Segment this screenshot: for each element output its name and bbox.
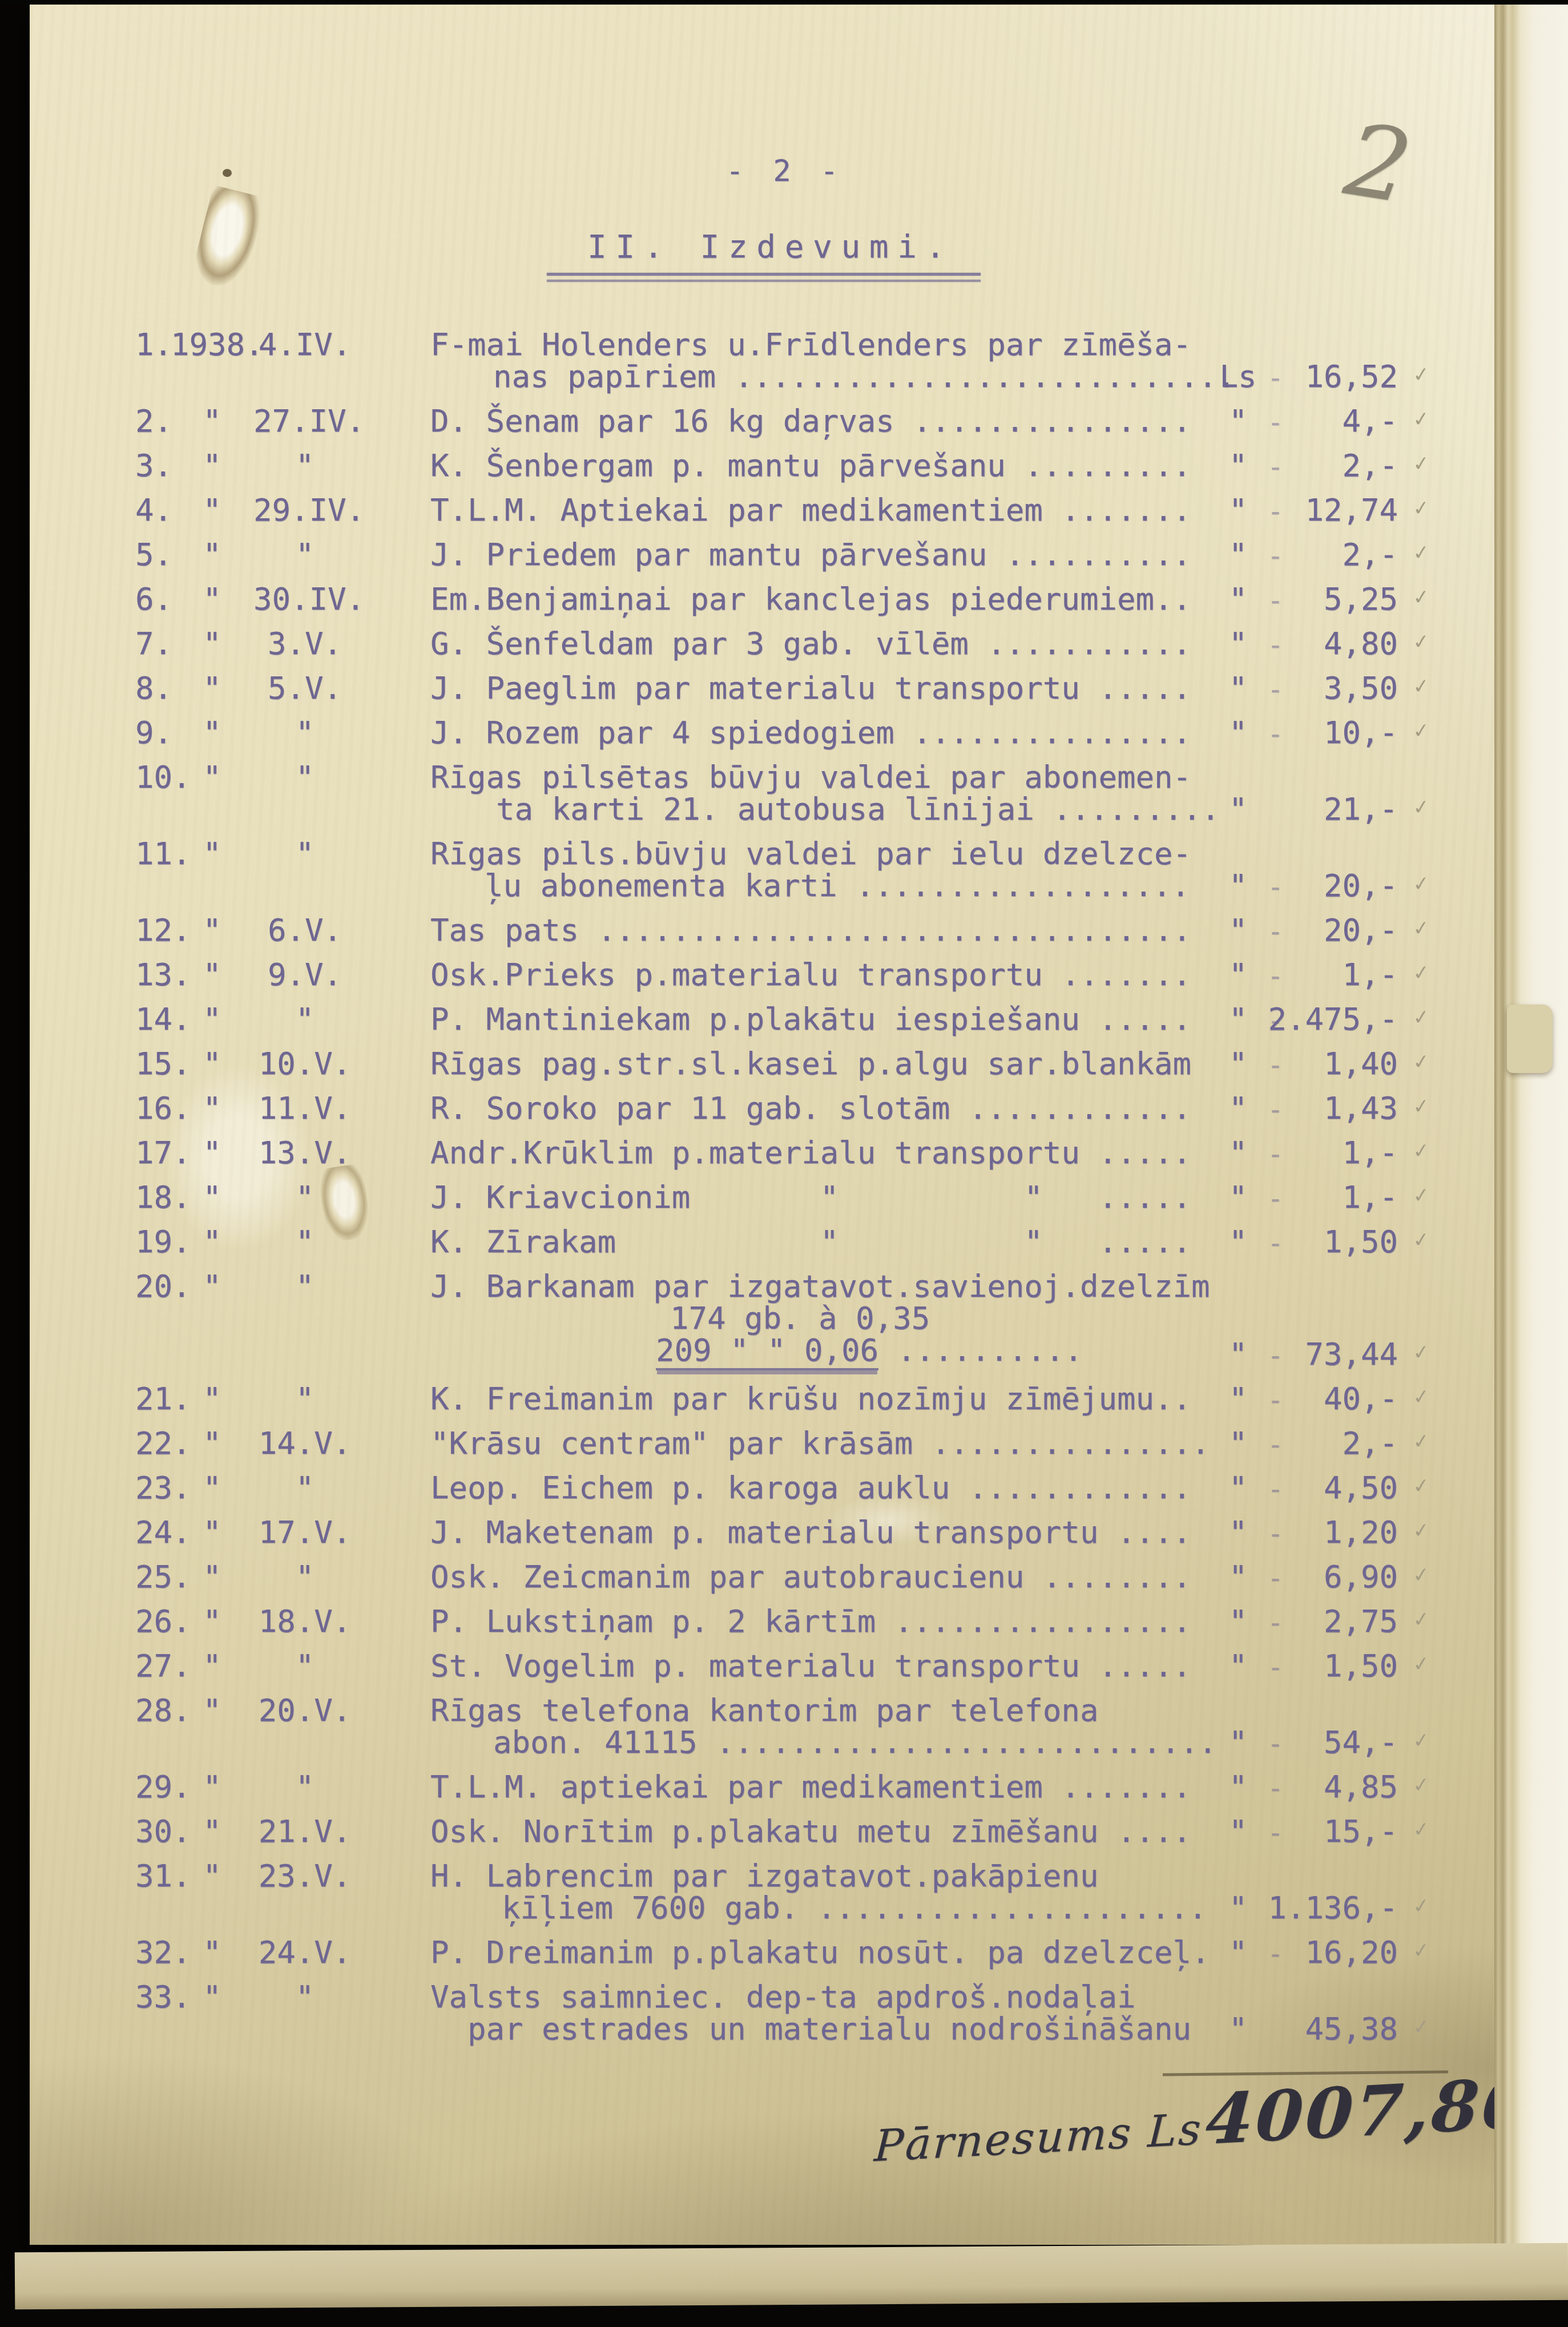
amount-value: 1.136,- [1268, 1890, 1398, 1926]
section-title: II. Izdevumi. [514, 228, 1027, 265]
dash-mark: - [1267, 1340, 1284, 1372]
table-row: 20.""J. Barkanam par izgatavot.savienoj.… [135, 1271, 1501, 1370]
amount-cell: -12,74 [1264, 494, 1412, 526]
page-edge-tab [1507, 1005, 1553, 1073]
amount-cell: -1,50 [1264, 1226, 1412, 1258]
table-row: 8."5.V.J. Paeglim par materialu transpor… [135, 672, 1501, 704]
row-number: 2. [135, 405, 171, 437]
row-number: 28. [135, 1695, 171, 1727]
scan-border [0, 0, 1568, 5]
year-cell: " [171, 959, 253, 991]
dash-mark: - [1267, 1005, 1284, 1037]
check-mark: ✓ [1413, 445, 1450, 480]
amount-cell: -4,80 [1264, 628, 1412, 660]
check-mark: ✓ [1413, 1467, 1450, 1502]
date-cell: 29.IV. [253, 494, 356, 526]
date-cell: 18.V. [253, 1606, 356, 1638]
row-number: 18. [135, 1181, 171, 1213]
description: F-mai Holenders u.Frīdlenders par zīmēša… [356, 329, 1212, 393]
amount-cell: -16,20 [1264, 1937, 1412, 1969]
currency-cell: " [1212, 494, 1264, 526]
check-mark: ✓ [1413, 356, 1450, 391]
check-mark: ✓ [1413, 1087, 1450, 1123]
description-line: J. Paeglim par materialu transportu ....… [430, 672, 1212, 704]
description: J. Barkanam par izgatavot.savienoj.dzelz… [356, 1271, 1212, 1370]
row-number: 8. [135, 672, 171, 704]
table-row: 24."17.V.J. Maketenam p. materialu trans… [135, 1517, 1501, 1548]
description-line: J. Maketenam p. materialu transportu ...… [430, 1517, 1212, 1548]
date-cell: " [253, 1472, 356, 1504]
title-underline [547, 280, 981, 282]
amount-value: 1,- [1342, 957, 1398, 993]
date-cell: 20.V. [253, 1695, 356, 1727]
amount-value: 2,- [1342, 447, 1398, 483]
year-cell: " [171, 1003, 253, 1035]
description: J. Rozem par 4 spiedogiem ..............… [356, 717, 1212, 749]
currency-cell: Ls [1212, 361, 1264, 393]
currency-cell: " [1212, 1771, 1264, 1803]
total-underline [1163, 2070, 1448, 2076]
dash-mark: - [1267, 1473, 1284, 1505]
description: K. Freimanim par krūšu nozīmju zīmējumu.… [356, 1383, 1212, 1415]
row-number: 3. [135, 450, 171, 482]
handwritten-carryover: Pārnesums Ls 4007,86 [873, 2063, 1533, 2178]
description-line: K. Šenbergam p. mantu pārvešanu ........… [430, 450, 1212, 482]
date-cell: " [253, 1383, 356, 1415]
description: Rīgas pils.būvju valdei par ielu dzelzce… [356, 838, 1212, 902]
year-cell: " [171, 761, 253, 793]
year-cell: " [171, 1606, 253, 1638]
description: K. Šenbergam p. mantu pārvešanu ........… [356, 450, 1212, 482]
paper-speck [223, 169, 232, 177]
currency-cell: " [1212, 717, 1264, 749]
paper-hole-2 [317, 1163, 372, 1243]
table-row: 32."24.V.P. Dreimanim p.plakatu nosūt. p… [135, 1937, 1501, 1969]
table-row: 1.1938.4.IV.F-mai Holenders u.Frīdlender… [135, 329, 1501, 393]
description: Tas pats ...............................… [356, 914, 1212, 946]
description: Leop. Eichem p. karoga auklu ...........… [356, 1472, 1212, 1504]
description: R. Soroko par 11 gab. slotām ...........… [356, 1092, 1212, 1124]
amount-cell: -2,- [1264, 1427, 1412, 1459]
description-line: K. Freimanim par krūšu nozīmju zīmējumu.… [430, 1383, 1212, 1415]
dash-mark: - [1267, 406, 1284, 438]
dash-mark: - [1267, 629, 1284, 661]
amount-cell: -2,- [1264, 450, 1412, 482]
row-number: 29. [135, 1771, 171, 1803]
row-number: 11. [135, 838, 171, 870]
description-line: Tas pats ...............................… [430, 914, 1212, 946]
currency-cell: " [1212, 1472, 1264, 1504]
check-mark: ✓ [1413, 1645, 1450, 1680]
description-line: H. Labrencim par izgatavot.pakāpienu [430, 1860, 1212, 1892]
description-line: Em.Benjamiņai par kanclejas piederumiem.… [430, 583, 1212, 615]
year-cell: " [171, 1271, 253, 1302]
date-cell: 13.V. [253, 1137, 356, 1169]
page-stack-edge [1494, 0, 1568, 2277]
description-line: Leop. Eichem p. karoga auklu ...........… [430, 1472, 1212, 1504]
currency-cell: " [1212, 1517, 1264, 1548]
section-title-text: II. Izdevumi. [514, 228, 1027, 265]
dash-mark: - [1267, 871, 1284, 903]
expense-table: 1.1938.4.IV.F-mai Holenders u.Frīdlender… [135, 329, 1501, 2058]
currency-cell: " [1212, 1048, 1264, 1080]
scanned-document: 2 - 2 - II. Izdevumi. 1.1938.4.IV.F-mai … [0, 0, 1568, 2327]
year-cell: " [171, 1048, 253, 1080]
description: Osk. Zeicmanim par autobraucienu .......… [356, 1561, 1212, 1593]
dash-mark: - [1267, 960, 1284, 992]
carryover-amount: 4007,86 [1204, 2063, 1533, 2160]
dash-mark: - [1267, 1049, 1284, 1081]
amount-value: 12,74 [1305, 492, 1398, 528]
check-mark: ✓ [1413, 1766, 1450, 1801]
row-number: 17. [135, 1137, 171, 1169]
row-number: 26. [135, 1606, 171, 1638]
amount-cell: 21,- [1264, 793, 1412, 825]
dash-mark: - [1267, 1728, 1284, 1760]
description-line: R. Soroko par 11 gab. slotām ...........… [430, 1092, 1212, 1124]
year-cell: " [171, 1383, 253, 1415]
amount-cell: -20,- [1264, 914, 1412, 946]
table-row: 17."13.V.Andr.Krūklim p.materialu transp… [135, 1137, 1501, 1169]
amount-cell: -2.475,- [1264, 1003, 1412, 1035]
date-cell: 17.V. [253, 1517, 356, 1548]
check-mark: ✓ [1413, 1721, 1450, 1757]
amount-cell: -15,- [1264, 1816, 1412, 1848]
year-cell: " [171, 1181, 253, 1213]
date-cell: " [253, 1981, 356, 2013]
year-cell: " [171, 1092, 253, 1124]
year-cell: " [171, 1860, 253, 1892]
row-number: 14. [135, 1003, 171, 1035]
check-mark: ✓ [1413, 1176, 1450, 1212]
currency-cell: " [1212, 450, 1264, 482]
table-row: 19.""K. Zīrakam " " ....."-1,50✓ [135, 1226, 1501, 1258]
row-number: 27. [135, 1650, 171, 1682]
carryover-label: Pārnesums Ls [873, 2103, 1204, 2171]
description: Rīgas pag.str.sl.kasei p.algu sar.blankā… [356, 1048, 1212, 1080]
description-line: par estrades un materialu nodrošināšanu [467, 2013, 1212, 2045]
currency-cell: " [1212, 1427, 1264, 1459]
row-number: 19. [135, 1226, 171, 1258]
table-row: 15."10.V.Rīgas pag.str.sl.kasei p.algu s… [135, 1048, 1501, 1080]
dash-mark: - [1267, 1429, 1284, 1461]
row-number: 22. [135, 1427, 171, 1459]
description: T.L.M. aptiekai par medikamentiem ......… [356, 1771, 1212, 1803]
description-line: G. Šenfeldam par 3 gab. vīlēm ..........… [430, 628, 1212, 660]
date-cell: " [253, 838, 356, 870]
year-cell: 1938. [171, 329, 253, 361]
table-row: 9.""J. Rozem par 4 spiedogiem ..........… [135, 717, 1501, 749]
amount-cell: -4,- [1264, 405, 1412, 437]
currency-cell: " [1212, 539, 1264, 571]
table-row: 25.""Osk. Zeicmanim par autobraucienu ..… [135, 1561, 1501, 1593]
check-mark: ✓ [1413, 623, 1450, 658]
title-underline [547, 273, 981, 276]
currency-cell: " [1212, 959, 1264, 991]
currency-cell: " [1212, 1003, 1264, 1035]
table-row: 11.""Rīgas pils.būvju valdei par ielu dz… [135, 838, 1501, 902]
check-mark: ✓ [1413, 2008, 1450, 2043]
amount-cell: -1,40 [1264, 1048, 1412, 1080]
check-mark: ✓ [1413, 1600, 1450, 1636]
date-cell: 9.V. [253, 959, 356, 991]
dash-mark: - [1267, 1094, 1284, 1126]
check-mark: ✓ [1413, 1511, 1450, 1547]
dash-mark: - [1267, 1938, 1284, 1970]
amount-value: 1,20 [1324, 1514, 1398, 1550]
paper-hole [190, 185, 266, 292]
description: J. Kriavcionim " " ..... [356, 1181, 1212, 1213]
table-row: 4."29.IV.T.L.M. Aptiekai par medikamenti… [135, 494, 1501, 526]
dash-mark: - [1267, 451, 1284, 483]
row-number: 32. [135, 1937, 171, 1969]
amount-cell: -6,90 [1264, 1561, 1412, 1593]
dash-mark: - [1267, 584, 1284, 616]
row-number: 9. [135, 717, 171, 749]
date-cell: " [253, 717, 356, 749]
table-row: 29.""T.L.M. aptiekai par medikamentiem .… [135, 1771, 1501, 1803]
dash-mark: - [1267, 1518, 1284, 1550]
year-cell: " [171, 539, 253, 571]
date-cell: " [253, 761, 356, 793]
year-cell: " [171, 672, 253, 704]
description-line: J. Priedem par mantu pārvešanu .........… [430, 539, 1212, 571]
check-mark: ✓ [1413, 954, 1450, 989]
description-line: J. Barkanam par izgatavot.savienoj.dzelz… [430, 1271, 1212, 1302]
check-mark: ✓ [1413, 1132, 1450, 1167]
currency-cell: " [1212, 1137, 1264, 1169]
table-row: 23.""Leop. Eichem p. karoga auklu ......… [135, 1472, 1501, 1504]
dash-mark: - [1267, 674, 1284, 705]
paper-crease [164, 1063, 312, 1252]
date-cell: 3.V. [253, 628, 356, 660]
amount-cell: 1.136,- [1264, 1892, 1412, 1924]
row-number: 1. [135, 329, 171, 361]
year-cell: " [171, 1771, 253, 1803]
date-cell: 11.V. [253, 1092, 356, 1124]
currency-cell: " [1212, 1181, 1264, 1213]
currency-cell: " [1212, 1092, 1264, 1124]
amount-value: 21,- [1324, 791, 1398, 827]
currency-cell: " [1212, 1561, 1264, 1593]
description-line: Rīgas telefona kantorim par telefona [430, 1695, 1212, 1727]
check-mark: ✓ [1413, 1221, 1450, 1256]
currency-cell: " [1212, 1937, 1264, 1969]
amount-cell: -1,- [1264, 1181, 1412, 1213]
amount-value: 45,38 [1305, 2011, 1398, 2047]
check-mark: ✓ [1413, 534, 1450, 569]
description: Em.Benjamiņai par kanclejas piederumiem.… [356, 583, 1212, 615]
currency-cell: " [1212, 405, 1264, 437]
amount-value: 1,50 [1324, 1224, 1398, 1260]
description-line: K. Zīrakam " " ..... [430, 1226, 1212, 1258]
year-cell: " [171, 717, 253, 749]
row-number: 33. [135, 1981, 171, 2013]
currency-cell: " [1212, 628, 1264, 660]
amount-value: 4,50 [1324, 1470, 1398, 1506]
year-cell: " [171, 1695, 253, 1727]
description-line: J. Rozem par 4 spiedogiem ..............… [430, 717, 1212, 749]
check-mark: ✓ [1413, 1333, 1450, 1369]
description-line: D. Šenam par 16 kg daŗvas ..............… [430, 405, 1212, 437]
table-row: 26."18.V.P. Lukstiņam p. 2 kārtīm ......… [135, 1606, 1501, 1638]
currency-cell: " [1212, 2013, 1264, 2045]
row-number: 5. [135, 539, 171, 571]
dash-mark: - [1267, 1772, 1284, 1804]
year-cell: " [171, 1561, 253, 1593]
description-line: St. Vogelim p. materialu transportu ....… [430, 1650, 1212, 1682]
table-row: 6."30.IV.Em.Benjamiņai par kanclejas pie… [135, 583, 1501, 615]
amount-value: 1,43 [1324, 1090, 1398, 1126]
year-cell: " [171, 450, 253, 482]
description-line: 209 " " 0,06 .......... [656, 1334, 1212, 1370]
description-line: ta karti 21. autobusa līnijai ......... [496, 793, 1212, 825]
row-number: 13. [135, 959, 171, 991]
year-cell: " [171, 1137, 253, 1169]
description-line: Rīgas pils.būvju valdei par ielu dzelzce… [430, 838, 1212, 870]
year-cell: " [171, 1517, 253, 1548]
description-line: P. Dreimanim p.plakatu nosūt. pa dzelzce… [430, 1937, 1212, 1969]
check-mark: ✓ [1413, 712, 1450, 747]
amount-cell: -3,50 [1264, 672, 1412, 704]
table-row: 13."9.V.Osk.Prieks p.materialu transport… [135, 959, 1501, 991]
description: K. Zīrakam " " ..... [356, 1226, 1212, 1258]
table-row: 21.""K. Freimanim par krūšu nozīmju zīmē… [135, 1383, 1501, 1415]
row-number: 10. [135, 761, 171, 793]
check-mark: ✓ [1413, 998, 1450, 1034]
dash-mark: - [1267, 1651, 1284, 1683]
description: Osk.Prieks p.materialu transportu ......… [356, 959, 1212, 991]
amount-cell: -1,- [1264, 959, 1412, 991]
dash-mark: - [1267, 916, 1284, 947]
description-line: 174 gb. à 0,35 [670, 1302, 1212, 1334]
amount-value: 2,- [1342, 537, 1398, 572]
amount-value: 10,- [1324, 715, 1398, 751]
currency-cell: " [1212, 793, 1264, 825]
table-row: 18.""J. Kriavcionim " " ....."-1,-✓ [135, 1181, 1501, 1213]
currency-cell: " [1212, 1727, 1264, 1759]
amount-cell: -73,44 [1264, 1338, 1412, 1370]
table-row: 30."21.V.Osk. Norītim p.plakatu metu zīm… [135, 1816, 1501, 1848]
amount-value: 20,- [1324, 912, 1398, 948]
amount-cell: -1,- [1264, 1137, 1412, 1169]
amount-cell: -1,50 [1264, 1650, 1412, 1682]
page-number: - 2 - [726, 154, 844, 188]
table-row: 14.""P. Mantiniekam p.plakātu iespiešanu… [135, 1003, 1501, 1035]
amount-value: 4,- [1342, 403, 1398, 439]
description-line: ļu abonementa karti .................. [485, 870, 1212, 902]
date-cell: " [253, 539, 356, 571]
dash-mark: - [1267, 718, 1284, 750]
year-cell: " [171, 838, 253, 870]
table-row: 16."11.V.R. Soroko par 11 gab. slotām ..… [135, 1092, 1501, 1124]
row-number: 12. [135, 914, 171, 946]
year-cell: " [171, 583, 253, 615]
table-row: 3.""K. Šenbergam p. mantu pārvešanu ....… [135, 450, 1501, 482]
description-line: T.L.M. aptiekai par medikamentiem ......… [430, 1771, 1212, 1803]
row-number: 16. [135, 1092, 171, 1124]
table-row: 12."6.V.Tas pats .......................… [135, 914, 1501, 946]
description-line: Osk.Prieks p.materialu transportu ......… [430, 959, 1212, 991]
row-number: 23. [135, 1472, 171, 1504]
table-row: 28."20.V.Rīgas telefona kantorim par tel… [135, 1695, 1501, 1759]
amount-cell: -2,75 [1264, 1606, 1412, 1638]
dash-mark: - [1267, 1183, 1284, 1215]
dash-mark: - [1267, 1138, 1284, 1170]
description: J. Paeglim par materialu transportu ....… [356, 672, 1212, 704]
amount-value: 1,- [1342, 1179, 1398, 1215]
date-cell: 14.V. [253, 1427, 356, 1459]
date-cell: " [253, 1771, 356, 1803]
paper-stain [826, 1494, 952, 1546]
amount-value: 3,50 [1324, 670, 1398, 706]
date-cell: 4.IV. [253, 329, 356, 361]
amount-value: 40,- [1324, 1381, 1398, 1417]
check-mark: ✓ [1413, 1043, 1450, 1078]
check-mark: ✓ [1413, 865, 1450, 900]
table-row: 5.""J. Priedem par mantu pārvešanu .....… [135, 539, 1501, 571]
amount-value: 4,85 [1324, 1769, 1398, 1805]
check-mark: ✓ [1413, 578, 1450, 614]
year-cell: " [171, 1937, 253, 1969]
description: H. Labrencim par izgatavot.pakāpienuķīļi… [356, 1860, 1212, 1924]
currency-cell: " [1212, 1650, 1264, 1682]
amount-cell: -20,- [1264, 870, 1412, 902]
currency-cell: " [1212, 1816, 1264, 1848]
amount-cell: -10,- [1264, 717, 1412, 749]
table-row: 31."23.V.H. Labrencim par izgatavot.pakā… [135, 1860, 1501, 1924]
description-line: Valsts saimniec. dep-ta apdroš.nodaļai [430, 1981, 1212, 2013]
date-cell: " [253, 1271, 356, 1302]
row-number: 6. [135, 583, 171, 615]
amount-value: 6,90 [1324, 1559, 1398, 1595]
amount-value: 16,20 [1305, 1934, 1398, 1970]
row-number: 30. [135, 1816, 171, 1848]
row-number: 20. [135, 1271, 171, 1302]
date-cell: 6.V. [253, 914, 356, 946]
description-line: abon. 41115 ........................... [493, 1727, 1212, 1759]
description-line: Rīgas pag.str.sl.kasei p.algu sar.blankā… [430, 1048, 1212, 1080]
amount-cell: -1,20 [1264, 1517, 1412, 1548]
handwritten-page-number: 2 [1337, 102, 1418, 227]
description-line: Osk. Norītim p.plakatu metu zīmēšanu ...… [430, 1816, 1212, 1848]
date-cell: " [253, 1226, 356, 1258]
check-mark: ✓ [1413, 1378, 1450, 1413]
check-mark: ✓ [1413, 1931, 1450, 1967]
description: P. Dreimanim p.plakatu nosūt. pa dzelzce… [356, 1937, 1212, 1969]
date-cell: 23.V. [253, 1860, 356, 1892]
description: St. Vogelim p. materialu transportu ....… [356, 1650, 1212, 1682]
currency-cell: " [1212, 672, 1264, 704]
currency-cell: " [1212, 914, 1264, 946]
row-number: 31. [135, 1860, 171, 1892]
currency-cell: " [1212, 1892, 1264, 1924]
check-mark: ✓ [1413, 1810, 1450, 1846]
amount-cell: -4,85 [1264, 1771, 1412, 1803]
dash-mark: - [1267, 362, 1284, 394]
dash-mark: - [1267, 1384, 1284, 1416]
amount-value: 16,52 [1305, 358, 1398, 394]
amount-cell: -4,50 [1264, 1472, 1412, 1504]
description: "Krāsu centram" par krāsām .............… [356, 1427, 1212, 1459]
check-mark: ✓ [1413, 909, 1450, 945]
dash-mark: - [1267, 1607, 1284, 1639]
date-cell: " [253, 1003, 356, 1035]
description: D. Šenam par 16 kg daŗvas ..............… [356, 405, 1212, 437]
check-mark: ✓ [1413, 788, 1450, 824]
document-page: 2 - 2 - II. Izdevumi. 1.1938.4.IV.F-mai … [30, 5, 1494, 2245]
table-row: 7."3.V.G. Šenfeldam par 3 gab. vīlēm ...… [135, 628, 1501, 660]
